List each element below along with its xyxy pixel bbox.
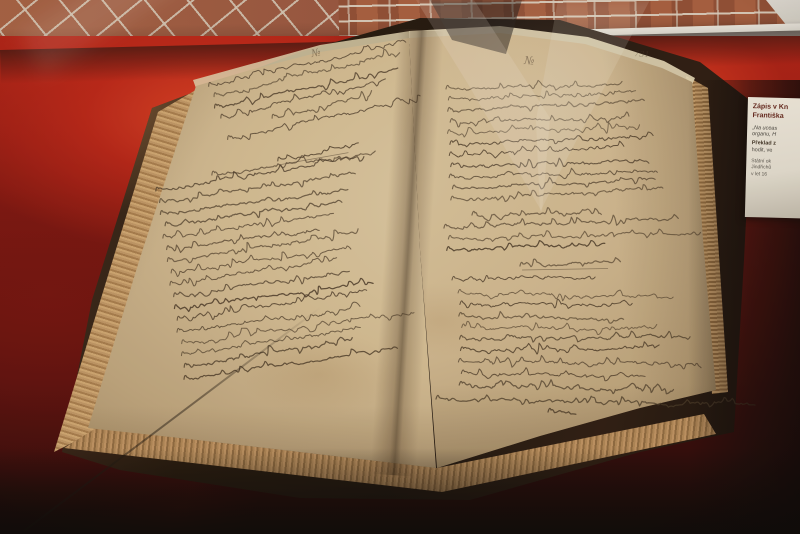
museum-display-photo: №№731 Zápis v Kn Františka „Na uceas org… — [0, 0, 800, 534]
vignette — [0, 0, 800, 534]
